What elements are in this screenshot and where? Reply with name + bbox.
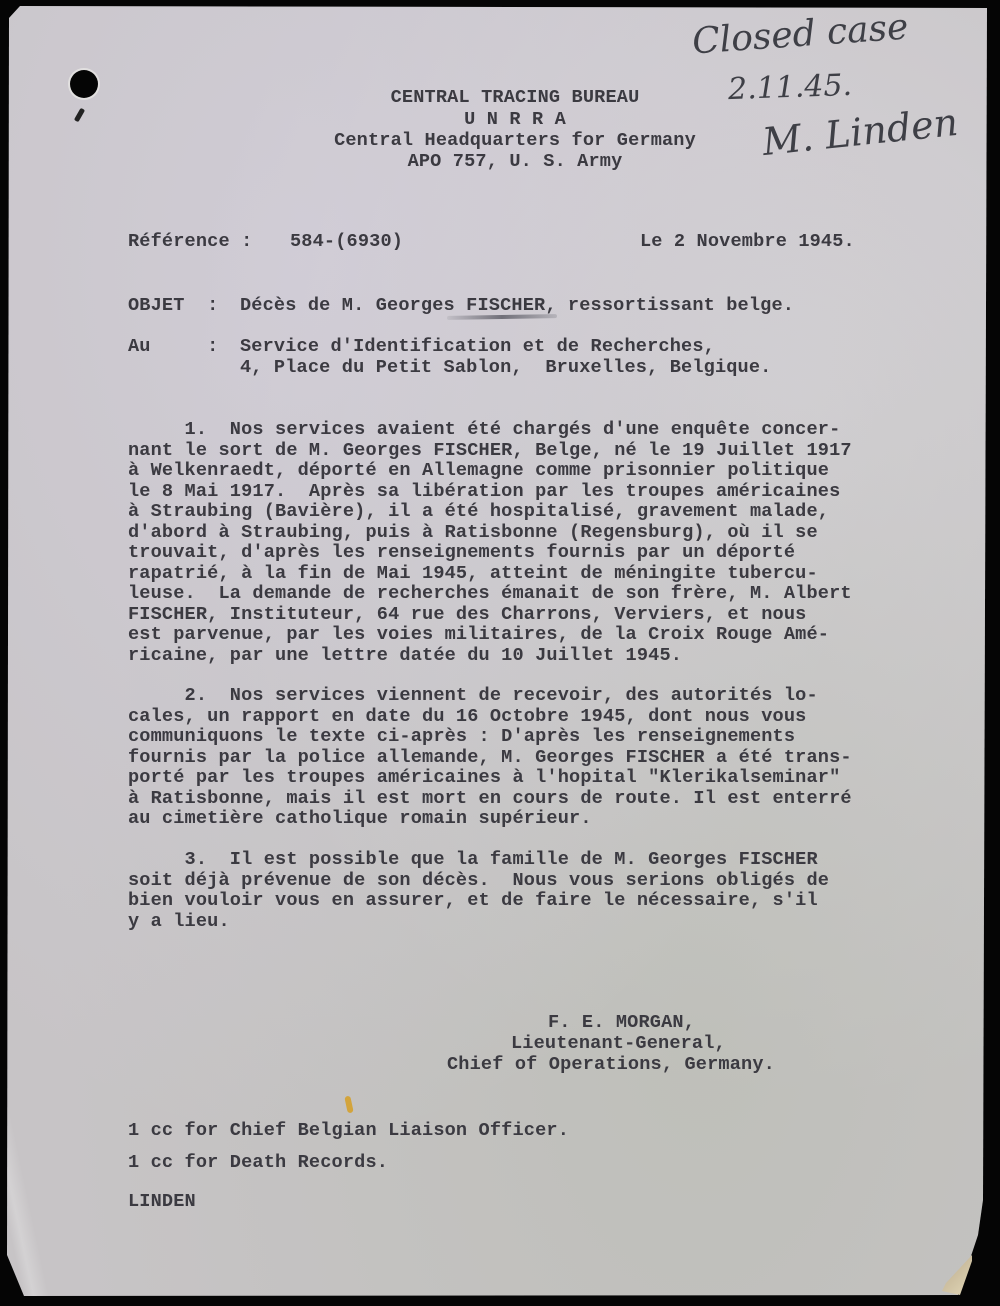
paragraph-line: trouvait, d'après les renseignements fou… xyxy=(128,543,852,564)
paragraph-line: à Ratisbonne, mais il est mort en cours … xyxy=(128,789,852,810)
paragraph-line: le 8 Mai 1917. Après sa libération par l… xyxy=(128,482,852,503)
paragraph-2: 2. Nos services viennent de recevoir, de… xyxy=(128,686,852,830)
objet-text: Décès de M. Georges FISCHER, ressortissa… xyxy=(240,296,794,317)
paragraph-line: est parvenue, par les voies militaires, … xyxy=(128,625,852,646)
signatory-title: Chief of Operations, Germany. xyxy=(447,1055,775,1076)
paragraph-line: cales, un rapport en date du 16 Octobre … xyxy=(128,707,852,728)
cc-line-1: 1 cc for Chief Belgian Liaison Officer. xyxy=(128,1121,569,1142)
paragraph-line: 1. Nos services avaient été chargés d'un… xyxy=(128,420,852,441)
paragraph-line: 2. Nos services viennent de recevoir, de… xyxy=(128,686,852,707)
paragraph-line: FISCHER, Instituteur, 64 rue des Charron… xyxy=(128,605,852,626)
letterhead-apo: APO 757, U. S. Army xyxy=(300,152,730,173)
paragraph-line: 3. Il est possible que la famille de M. … xyxy=(128,850,829,871)
paragraph-line: ricaine, par une lettre datée du 10 Juil… xyxy=(128,646,852,667)
letterhead-unrra: U N R R A xyxy=(300,110,730,131)
recipient-line-2: 4, Place du Petit Sablon, Bruxelles, Bel… xyxy=(240,358,771,379)
paragraph-line: bien vouloir vous en assurer, et de fair… xyxy=(128,891,829,912)
signatory-rank: Lieutenant-General, xyxy=(511,1034,726,1055)
paragraph-line: communiquons le texte ci-après : D'après… xyxy=(128,727,852,748)
reference-number: 584-(6930) xyxy=(290,232,403,253)
recipient-line-1: Service d'Identification et de Recherche… xyxy=(240,337,715,358)
paragraph-line: rapatrié, à la fin de Mai 1945, atteint … xyxy=(128,564,852,585)
objet-label: OBJET : xyxy=(128,296,218,317)
paragraph-line: soit déjà prévenue de son décès. Nous vo… xyxy=(128,871,829,892)
paragraph-line: d'abord à Straubing, puis à Ratisbonne (… xyxy=(128,523,852,544)
typist-initials: LINDEN xyxy=(128,1192,196,1213)
paragraph-line: porté par les troupes américaines à l'ho… xyxy=(128,768,852,789)
signatory-name: F. E. MORGAN, xyxy=(548,1013,695,1034)
paragraph-line: fournis par la police allemande, M. Geor… xyxy=(128,748,852,769)
reference-label: Référence : xyxy=(128,232,252,253)
handwritten-date: 2.11.45. xyxy=(727,68,852,107)
paragraph-line: y a lieu. xyxy=(128,912,829,933)
letter-date: Le 2 Novembre 1945. xyxy=(640,232,855,253)
paragraph-line: à Straubing (Bavière), il a été hospital… xyxy=(128,502,852,523)
letterhead-bureau: CENTRAL TRACING BUREAU xyxy=(300,88,730,109)
paragraph-line: à Welkenraedt, déporté en Allemagne comm… xyxy=(128,461,852,482)
paragraph-3: 3. Il est possible que la famille de M. … xyxy=(128,850,829,932)
paragraph-line: au cimetière catholique romain supérieur… xyxy=(128,809,852,830)
recipient-label: Au : xyxy=(128,337,218,358)
paragraph-line: leuse. La demande de recherches émanait … xyxy=(128,584,852,605)
letterhead-hq: Central Headquarters for Germany xyxy=(290,131,740,152)
cc-line-2: 1 cc for Death Records. xyxy=(128,1153,388,1174)
paragraph-line: nant le sort de M. Georges FISCHER, Belg… xyxy=(128,441,852,462)
paragraph-1: 1. Nos services avaient été chargés d'un… xyxy=(128,420,852,666)
punch-hole xyxy=(70,70,98,98)
